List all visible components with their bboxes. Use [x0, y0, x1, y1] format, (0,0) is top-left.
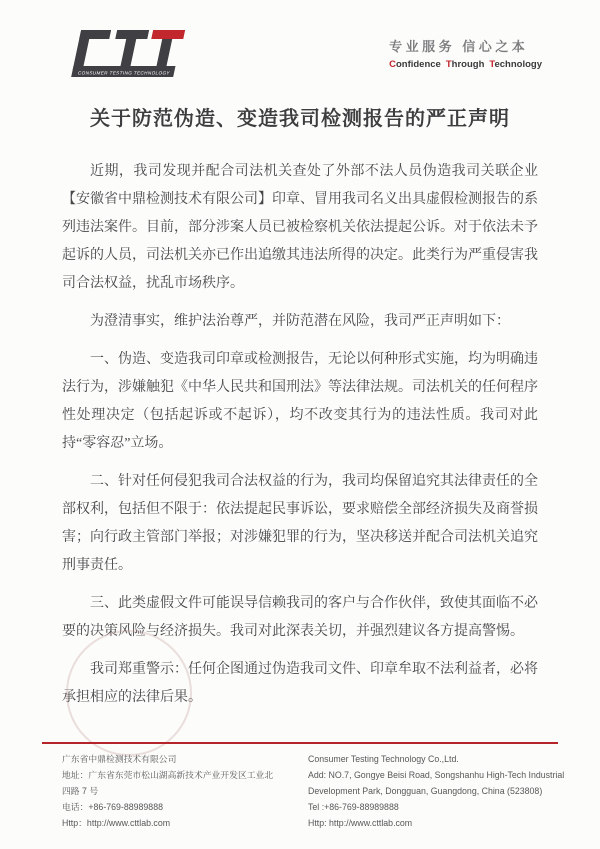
footer-line: Development Park, Dongguan, Guangdong, C…	[308, 783, 560, 799]
footer-line: Http：http://www.cttlab.com	[62, 815, 300, 831]
footer-chinese-contact: 广东省中鼎检测技术有限公司地址：广东省东莞市松山湖高新技术产业开发区工业北四路 …	[62, 751, 300, 831]
tagline-word: Through	[446, 59, 485, 70]
footer-line: 四路 7 号	[62, 783, 300, 799]
ctt-logo: CONSUMER TESTING TECHNOLOGY	[60, 26, 190, 86]
logo-c-stem	[73, 30, 92, 70]
header-taglines: 专业服务 信心之本 ConfidenceThroughTechnology	[389, 36, 542, 70]
logo-bar-text: CONSUMER TESTING TECHNOLOGY	[77, 71, 170, 76]
footer-line: Tel :+86-769-88989888	[308, 799, 560, 815]
ctt-logo-icon: CONSUMER TESTING TECHNOLOGY	[60, 26, 190, 86]
footer-divider-rule	[42, 742, 558, 744]
tagline-word-rest: onfidence	[396, 59, 441, 70]
tagline-word-initial: C	[389, 59, 396, 70]
tagline-chinese: 专业服务 信心之本	[389, 36, 542, 55]
statement-title: 关于防范伪造、变造我司检测报告的严正声明	[0, 102, 600, 131]
body-paragraph: 我司郑重警示：任何企图通过伪造我司文件、印章牟取不法利益者，必将承担相应的法律后…	[62, 656, 538, 712]
scanned-statement-page: CONSUMER TESTING TECHNOLOGY 专业服务 信心之本 Co…	[0, 0, 600, 849]
body-paragraph: 近期，我司发现并配合司法机关查处了外部不法人员伪造我司关联企业【安徽省中鼎检测技…	[62, 158, 538, 298]
footer-line: 电话：+86-769-88989888	[62, 799, 300, 815]
footer-line: 地址：广东省东莞市松山湖高新技术产业开发区工业北	[62, 767, 300, 783]
footer-line: Http: http://www.cttlab.com	[308, 815, 560, 831]
statement-body: 近期，我司发现并配合司法机关查处了外部不法人员伪造我司关联企业【安徽省中鼎检测技…	[62, 158, 538, 722]
tagline-word: Confidence	[389, 59, 441, 70]
body-paragraph: 二、针对任何侵犯我司合法权益的行为，我司均保留追究其法律责任的全部权利，包括但不…	[62, 468, 538, 580]
logo-t2-stem	[156, 39, 172, 66]
tagline-word: Technology	[489, 59, 542, 70]
footer-line: Consumer Testing Technology Co.,Ltd.	[308, 751, 560, 767]
footer-line: Add: NO.7, Gongye Beisi Road, Songshanhu…	[308, 767, 560, 783]
tagline-english: ConfidenceThroughTechnology	[389, 59, 542, 70]
tagline-word-rest: hrough	[452, 59, 485, 70]
footer-english-contact: Consumer Testing Technology Co.,Ltd.Add:…	[308, 751, 560, 831]
logo-t1-top	[115, 30, 149, 39]
tagline-word-rest: echnology	[494, 59, 542, 70]
body-paragraph: 一、伪造、变造我司印章或检测报告，无论以何种形式实施，均为明确违法行为，涉嫌触犯…	[62, 346, 538, 458]
logo-t2-top-red	[151, 30, 185, 39]
footer-line: 广东省中鼎检测技术有限公司	[62, 751, 300, 767]
logo-t1-stem	[120, 39, 136, 66]
body-paragraph: 为澄清事实，维护法治尊严，并防范潜在风险，我司严正声明如下：	[62, 308, 538, 336]
body-paragraph: 三、此类虚假文件可能误导信赖我司的客户与合作伙伴，致使其面临不必要的决策风险与经…	[62, 590, 538, 646]
footer: 广东省中鼎检测技术有限公司地址：广东省东莞市松山湖高新技术产业开发区工业北四路 …	[62, 751, 560, 831]
